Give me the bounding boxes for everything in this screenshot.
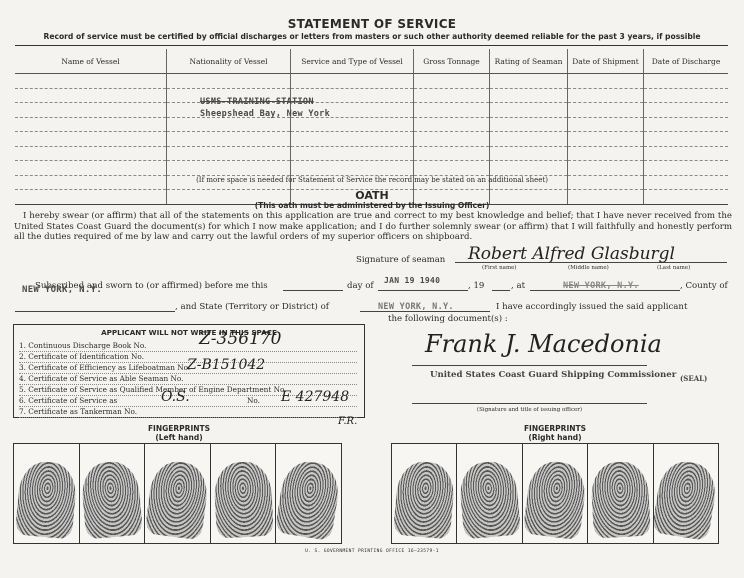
table-cell [15,103,167,118]
service-as-value: O.S. [161,392,190,402]
table-cell [15,74,167,89]
day-of-label: day of [347,281,374,291]
table-cell [414,146,490,161]
table-cell [490,161,568,176]
table-cell [568,103,644,118]
table-cell [644,161,729,176]
table-cell [490,117,568,132]
middle-name-label: (Middle name) [568,265,609,271]
col-name-of-vessel: Name of Vessel [15,49,167,74]
seaman-signature: Robert Alfred Glasburgl [468,244,675,264]
issuing-officer-line [412,403,647,404]
col-rating: Rating of Seaman [490,49,568,74]
oath-text: I hereby swear (or affirm) that all of t… [14,211,732,243]
table-cell [490,74,568,89]
fingerprint-cell [210,444,276,543]
table-cell [568,117,644,132]
table-row [15,88,728,103]
fingerprint-cell [456,444,521,543]
fingerprint-cell [79,444,145,543]
table-cell [15,117,167,132]
fingerprint-image [15,459,78,539]
table-row [15,132,728,147]
box-item-lifeboatman: 3. Certificate of Efficiency as Lifeboat… [19,363,357,374]
table-cell [568,161,644,176]
commissioner-signature: Frank J. Macedonia [425,330,662,358]
table-cell [568,146,644,161]
divider [15,45,728,46]
box-item-able-seaman: 4. Certificate of Service as Able Seaman… [19,374,357,385]
printing-office-footer: U. S. GOVERNMENT PRINTING OFFICE 16—2357… [0,549,744,554]
commissioner-title: United States Coast Guard Shipping Commi… [430,370,676,380]
col-service-type: Service and Type of Vessel [291,49,414,74]
table-row [15,74,728,89]
table-cell [167,161,291,176]
first-name-label: (First name) [482,265,517,271]
state-text: , and State (Territory or District) of [175,302,329,312]
statement-title: STATEMENT OF SERVICE [0,17,744,31]
table-cell [15,161,167,176]
table-cell [644,146,729,161]
fingerprint-cell [392,444,456,543]
table-cell [490,103,568,118]
statement-subtitle: Record of service must be certified by o… [0,32,744,41]
table-cell [291,74,414,89]
fingerprint-image [80,459,143,539]
discharge-book-value: Z-356170 [199,334,281,344]
fingerprint-image [275,458,341,541]
fingerprint-cell [587,444,652,543]
fingerprint-image [590,460,651,538]
table-cell [568,74,644,89]
fingerprint-cell [653,444,718,543]
last-name-label: (Last name) [657,265,690,271]
fingerprints-left-title: FINGERPRINTS (Left hand) [13,424,345,442]
county-line [15,311,175,312]
fingerprint-cell [144,444,210,543]
seal-label: (SEAL) [680,374,707,383]
fingerprint-image [458,459,521,539]
box-item-discharge-book: 1. Continuous Discharge Book No. Z-35617… [19,341,357,352]
at-label: , at [511,281,525,291]
issuing-officer-caption: (Signature and title of issuing officer) [412,407,647,413]
col-nationality: Nationality of Vessel [167,49,291,74]
table-cell [644,103,729,118]
month-line [378,290,468,291]
table-cell [568,132,644,147]
fingerprint-cell [275,444,341,543]
table-cell [414,88,490,103]
fingerprint-image [393,459,456,539]
right-hand-fingerprints [391,443,719,544]
oath-subtitle: (This oath must be administered by the I… [0,201,744,210]
table-cell [167,132,291,147]
place-stamp: NEW YORK, N.Y. [563,281,639,291]
fingerprint-image [145,459,210,541]
table-cell [414,74,490,89]
table-cell [414,103,490,118]
day-line [283,290,343,291]
table-cell [15,132,167,147]
col-date-discharge: Date of Discharge [644,49,729,74]
office-use-box: APPLICANT WILL NOT WRITE IN THIS SPACE 1… [13,324,365,418]
table-cell [644,74,729,89]
additional-sheet-note: (If more space is needed for Statement o… [0,176,744,184]
col-gross-tonnage: Gross Tonnage [414,49,490,74]
county-stamp-left: NEW YORK, N.Y. [22,285,102,295]
table-cell [644,117,729,132]
fingerprints-right-title: FINGERPRINTS (Right hand) [390,424,720,442]
signature-label: Signature of seaman [356,255,445,265]
table-cell [291,146,414,161]
table-cell [490,146,568,161]
issued-text: I have accordingly issued the said appli… [496,302,687,312]
col-date-shipment: Date of Shipment [568,49,644,74]
table-cell [15,146,167,161]
box-item-service-as: 6. Certificate of Service as O.S. No. E … [19,396,357,407]
table-cell [167,117,291,132]
county-of-label: , County of [680,281,728,291]
table-cell [15,88,167,103]
fingerprint-image [213,460,274,538]
year-line [492,290,510,291]
table-cell [291,132,414,147]
table-cell [414,132,490,147]
table-row [15,161,728,176]
fingerprint-image [653,458,718,541]
table-row [15,117,728,132]
table-cell [490,88,568,103]
training-station-stamp: USMS TRAINING STATION [200,97,314,107]
left-hand-fingerprints [13,443,342,544]
table-cell [414,161,490,176]
training-station-location: Sheepshead Bay, New York [200,109,330,119]
table-header-row: Name of Vessel Nationality of Vessel Ser… [15,49,728,74]
table-cell [167,146,291,161]
fingerprint-cell [14,444,79,543]
identification-value: Z-B151042 [187,360,265,370]
commissioner-sig-line [412,365,647,366]
year-prefix: , 19 [468,281,484,291]
table-cell [291,161,414,176]
table-cell [644,132,729,147]
table-row [15,103,728,118]
table-cell [291,117,414,132]
fingerprint-cell [522,444,587,543]
office-box-title: APPLICANT WILL NOT WRITE IN THIS SPACE [14,328,364,337]
box-item-tankerman: 7. Certificate as Tankerman No. [19,407,357,418]
following-docs-label: the following document(s) : [388,314,508,324]
table-cell [414,117,490,132]
date-stamp: JAN 19 1940 [384,276,440,285]
service-no-value: E 427948 [281,392,349,402]
state-stamp: NEW YORK, N.Y. [378,302,454,312]
table-cell [568,88,644,103]
table-cell [490,132,568,147]
table-row [15,146,728,161]
table-cell [644,88,729,103]
table-cell [167,74,291,89]
fingerprint-image [522,459,587,541]
